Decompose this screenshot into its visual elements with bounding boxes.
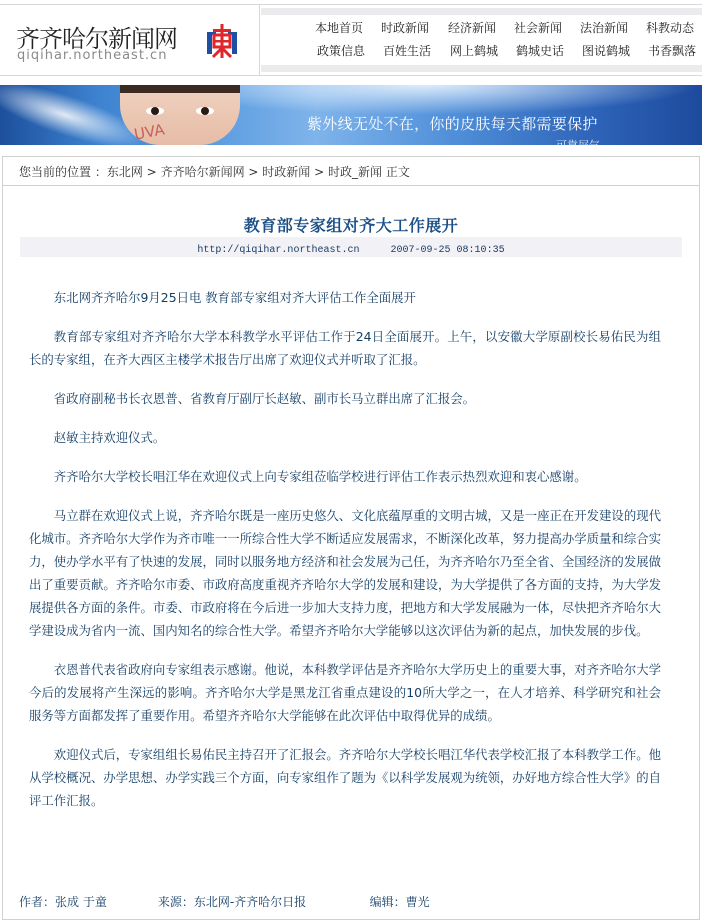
article-paragraph: 省政府副秘书长衣恩普、省教育厅副厅长赵敏、副市长马立群出席了汇报会。: [29, 387, 661, 410]
editor-credit: 编辑：曹光: [370, 893, 430, 910]
nav-hecheng-photos[interactable]: 图说鹤城: [582, 42, 630, 59]
banner-eye-right: [196, 107, 214, 115]
article-meta: http://qiqihar.northeast.cn 2007-09-25 0…: [20, 237, 682, 257]
site-logo[interactable]: 齐齐哈尔新闻网 qiqihar.northeast.cn: [0, 5, 260, 75]
banner-ad[interactable]: UVA 紫外线无处不在，你的皮肤每天都需要保护 可靠屏气: [0, 85, 702, 145]
article-source-url[interactable]: http://qiqihar.northeast.cn: [197, 245, 359, 256]
nav-hecheng-history[interactable]: 鹤城史话: [516, 42, 564, 59]
nav-bar-bottom: [261, 65, 702, 72]
banner-subtext: 可靠屏气: [556, 137, 600, 145]
nav-economy-news[interactable]: 经济新闻: [448, 19, 496, 36]
northeast-logo-icon: [204, 23, 240, 59]
source-credit: 来源：东北网-齐齐哈尔日报: [158, 893, 366, 910]
logo-domain: qiqihar.northeast.cn: [17, 48, 167, 63]
source-label: 来源：: [158, 895, 194, 909]
breadcrumb-separator: >: [248, 165, 258, 179]
editor-name: 曹光: [406, 895, 430, 909]
article-body: 东北网齐齐哈尔9月25日电 教育部专家组对齐大评估工作全面展开 教育部专家组对齐…: [29, 286, 661, 828]
site-header: 齐齐哈尔新闻网 qiqihar.northeast.cn 本地首页 时政新闻 经…: [0, 4, 702, 76]
breadcrumb-label: 您当前的位置 ：: [19, 165, 107, 179]
source-name: 东北网-齐齐哈尔日报: [194, 895, 306, 909]
breadcrumb-politics-news[interactable]: 时政新闻: [262, 165, 310, 179]
breadcrumb-northeast[interactable]: 东北网: [107, 165, 143, 179]
breadcrumb: 您当前的位置 ：东北网 > 齐齐哈尔新闻网 > 时政新闻 > 时政_新闻 正文: [3, 157, 699, 186]
article-paragraph: 马立群在欢迎仪式上说，齐齐哈尔既是一座历史悠久、文化底蕴厚重的文明古城，又是一座…: [29, 504, 661, 642]
article-paragraph: 教育部专家组对齐齐哈尔大学本科教学水平评估工作于24日全面展开。上午，以安徽大学…: [29, 325, 661, 371]
nav-local-home[interactable]: 本地首页: [315, 19, 363, 36]
nav-politics-news[interactable]: 时政新闻: [381, 19, 429, 36]
banner-highlight: [240, 85, 700, 115]
breadcrumb-qiqihar-news[interactable]: 齐齐哈尔新闻网: [161, 165, 245, 179]
breadcrumb-trail: 您当前的位置 ：东北网 > 齐齐哈尔新闻网 > 时政新闻 > 时政_新闻 正文: [19, 163, 410, 180]
article-paragraph: 衣恩普代表省政府向专家组表示感谢。他说，本科教学评估是齐齐哈尔大学历史上的重要大…: [29, 658, 661, 727]
article-title: 教育部专家组对齐大工作展开: [3, 213, 699, 236]
author-label: 作者：: [19, 895, 55, 909]
article-paragraph: 欢迎仪式后，专家组组长易佑民主持召开了汇报会。齐齐哈尔大学校长唱江华代表学校汇报…: [29, 743, 661, 812]
nav-book-fragrance[interactable]: 书香飘落: [648, 42, 696, 59]
article-paragraph: 东北网齐齐哈尔9月25日电 教育部专家组对齐大评估工作全面展开: [29, 286, 661, 309]
breadcrumb-separator: >: [314, 165, 324, 179]
breadcrumb-current: 时政_新闻 正文: [328, 165, 410, 179]
nav-online-hecheng[interactable]: 网上鹤城: [450, 42, 498, 59]
banner-hair: [120, 85, 240, 93]
main-nav: 本地首页 时政新闻 经济新闻 社会新闻 法治新闻 科教动态 政策信息 百姓生活 …: [261, 5, 702, 75]
nav-policy-info[interactable]: 政策信息: [317, 42, 365, 59]
editor-label: 编辑：: [370, 895, 406, 909]
article-paragraph: 齐齐哈尔大学校长唱江华在欢迎仪式上向专家组莅临学校进行评估工作表示热烈欢迎和衷心…: [29, 465, 661, 488]
banner-eye-left: [146, 107, 164, 115]
nav-society-news[interactable]: 社会新闻: [514, 19, 562, 36]
article-frame: 您当前的位置 ：东北网 > 齐齐哈尔新闻网 > 时政新闻 > 时政_新闻 正文 …: [2, 156, 700, 920]
article-datetime: 2007-09-25 08:10:35: [391, 245, 505, 256]
nav-law-news[interactable]: 法治新闻: [580, 19, 628, 36]
breadcrumb-separator: >: [147, 165, 157, 179]
author-name: 张成 于童: [55, 895, 107, 909]
banner-slogan: 紫外线无处不在，你的皮肤每天都需要保护: [307, 113, 598, 134]
article-credits: 作者：张成 于童 来源：东北网-齐齐哈尔日报 编辑：曹光: [19, 893, 430, 910]
nav-science-edu[interactable]: 科教动态: [646, 19, 694, 36]
nav-daily-life[interactable]: 百姓生活: [383, 42, 431, 59]
article-paragraph: 赵敏主持欢迎仪式。: [29, 426, 661, 449]
nav-bar-top: [261, 8, 702, 15]
author-credit: 作者：张成 于童: [19, 893, 154, 910]
